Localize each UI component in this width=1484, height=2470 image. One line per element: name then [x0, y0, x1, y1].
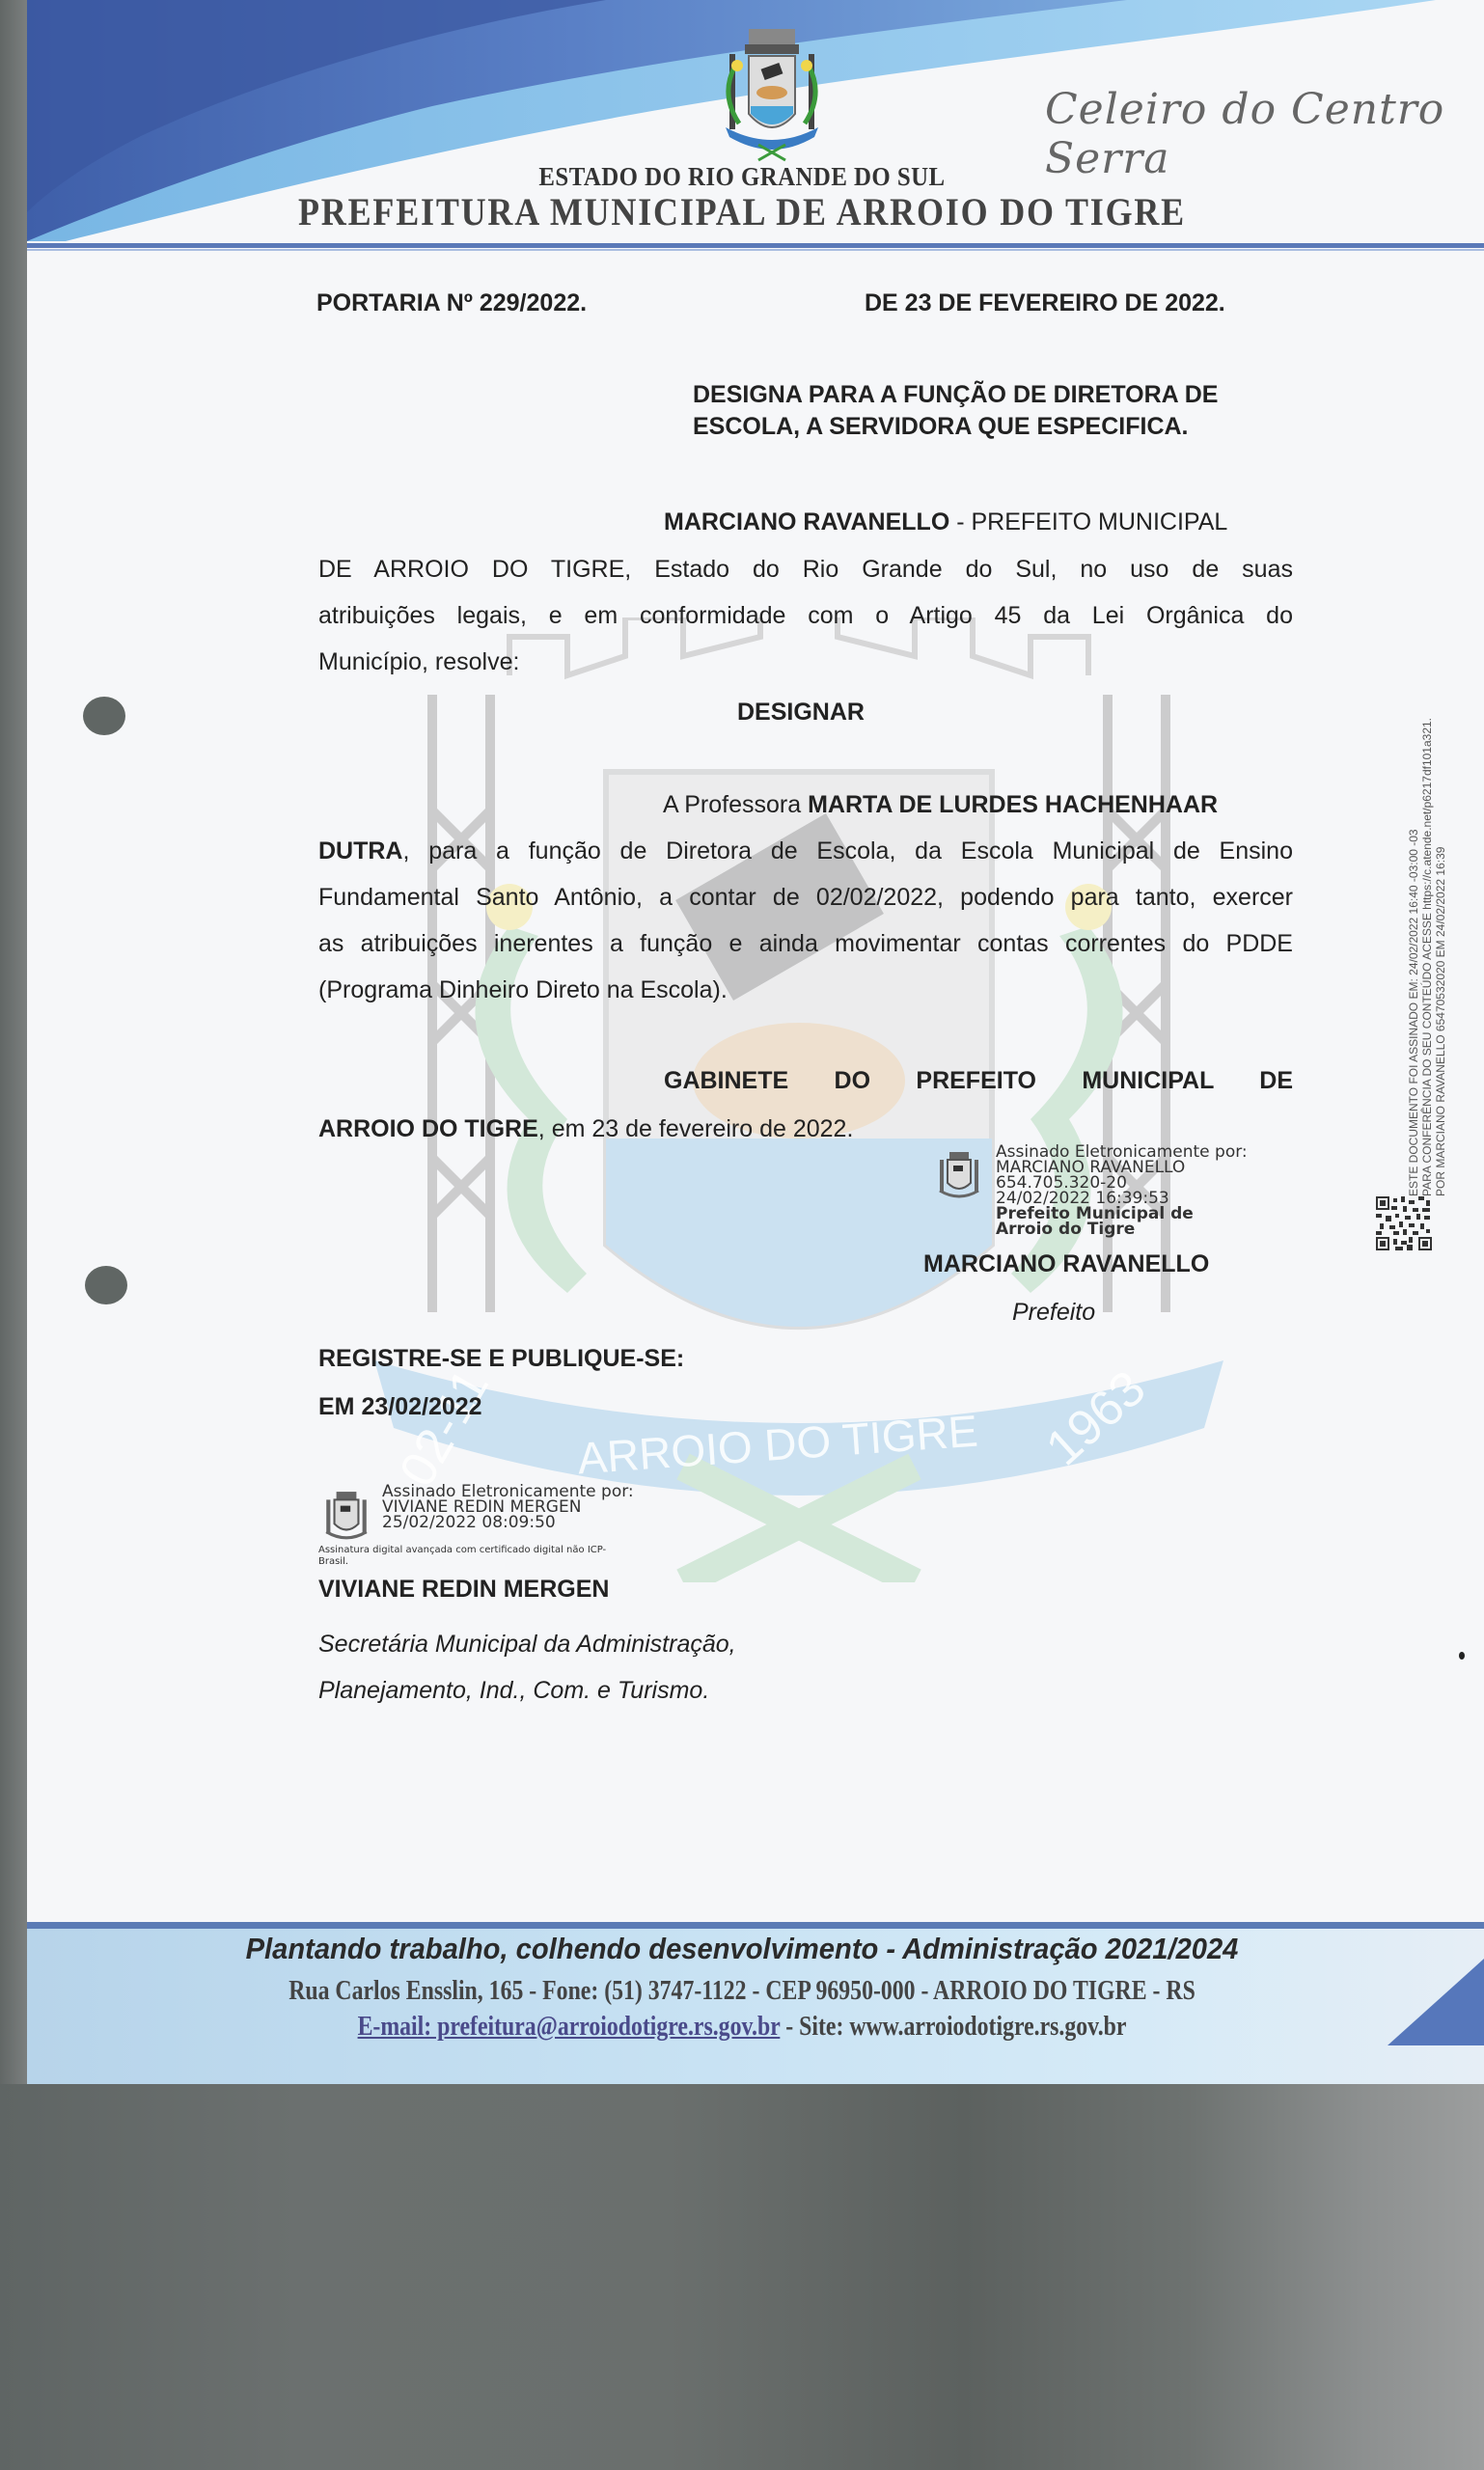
- preamble-line-1: MARCIANO RAVANELLO - PREFEITO MUNICIPAL: [664, 508, 1227, 536]
- designation-line-4: as atribuições inerentes a função e aind…: [318, 920, 1293, 967]
- mayor-signature-title: Prefeito: [1012, 1299, 1095, 1327]
- binder-hole-top: [83, 697, 125, 735]
- mayor-esignature-stamp: Assinado Eletronicamente por: MARCIANO R…: [996, 1144, 1248, 1237]
- signature-certificate-note: Assinatura digital avançada com certific…: [318, 1545, 606, 1568]
- footer-slogan: Plantando trabalho, colhendo desenvolvim…: [44, 1932, 1440, 1966]
- portaria-number: PORTARIA Nº 229/2022.: [316, 289, 587, 317]
- preamble-line-2: DE ARROIO DO TIGRE, Estado do Rio Grande…: [318, 546, 1293, 592]
- scan-speck: [1459, 1652, 1465, 1660]
- qr-code-icon[interactable]: [1376, 1196, 1432, 1250]
- footer-triangle-decoration: [1388, 1959, 1484, 2045]
- portaria-date: DE 23 DE FEVEREIRO DE 2022.: [865, 289, 1225, 317]
- designee-name: MARTA DE LURDES HACHENHAAR: [808, 791, 1218, 818]
- designation-line-5: (Programa Dinheiro Direto na Escola).: [318, 967, 1293, 1013]
- secretary-esignature-stamp: Assinado Eletronicamente por: VIVIANE RE…: [382, 1484, 634, 1530]
- header-rule-light: [27, 249, 1484, 251]
- mayor-signature-name: MARCIANO RAVANELLO: [923, 1250, 1209, 1278]
- designation-line-2: DUTRA, para a função de Diretora de Esco…: [318, 828, 1293, 874]
- document-page: 02-11 ARROIO DO TIGRE 1963 Celeiro do Ce…: [27, 0, 1484, 2084]
- preamble-line-4: Município, resolve:: [318, 639, 1293, 685]
- designation-line-1: A Professora MARTA DE LURDES HACHENHAAR: [663, 791, 1218, 819]
- email-link[interactable]: E-mail: prefeitura@arroiodotigre.rs.gov.…: [358, 2011, 781, 2042]
- signature-crest-icon: [934, 1150, 984, 1200]
- designation-line-3: Fundamental Santo Antônio, a contar de 0…: [318, 874, 1293, 920]
- footer-address: Rua Carlos Ensslin, 165 - Fone: (51) 374…: [133, 1975, 1350, 2007]
- footer-rule: [27, 1922, 1484, 1929]
- coat-of-arms-icon: [701, 27, 843, 162]
- registration-line-2: EM 23/02/2022: [318, 1393, 482, 1421]
- binder-hole-bottom: [85, 1266, 127, 1304]
- scan-edge: [0, 0, 27, 2084]
- footer-contact: E-mail: prefeitura@arroiodotigre.rs.gov.…: [133, 2011, 1350, 2043]
- site-text: - Site: www.arroiodotigre.rs.gov.br: [780, 2011, 1126, 2042]
- closing-line-2: ARROIO DO TIGRE, em 23 de fevereiro de 2…: [318, 1115, 853, 1143]
- state-name: ESTADO DO RIO GRANDE DO SUL: [60, 162, 1425, 192]
- registration-line-1: REGISTRE-SE E PUBLIQUE-SE:: [318, 1345, 684, 1373]
- ementa: DESIGNA PARA A FUNÇÃO DE DIRETORA DE ESC…: [693, 379, 1218, 443]
- secretary-signature-name: VIVIANE REDIN MERGEN: [318, 1576, 609, 1604]
- preamble-line-3: atribuições legais, e em conformidade co…: [318, 592, 1293, 639]
- header-rule: [27, 243, 1484, 248]
- closing-line-1: GABINETE DO PREFEITO MUNICIPAL DE: [664, 1067, 1293, 1095]
- action-heading: DESIGNAR: [737, 699, 865, 727]
- mayor-name-inline: MARCIANO RAVANELLO: [664, 508, 949, 535]
- secretary-signature-title: Secretária Municipal da Administração, P…: [318, 1621, 736, 1714]
- verification-stamp: ESTE DOCUMENTO FOI ASSINADO EM: 24/02/20…: [1407, 718, 1447, 1196]
- prefecture-name: PREFEITURA MUNICIPAL DE ARROIO DO TIGRE: [74, 189, 1410, 234]
- signature-crest-icon: [320, 1490, 372, 1542]
